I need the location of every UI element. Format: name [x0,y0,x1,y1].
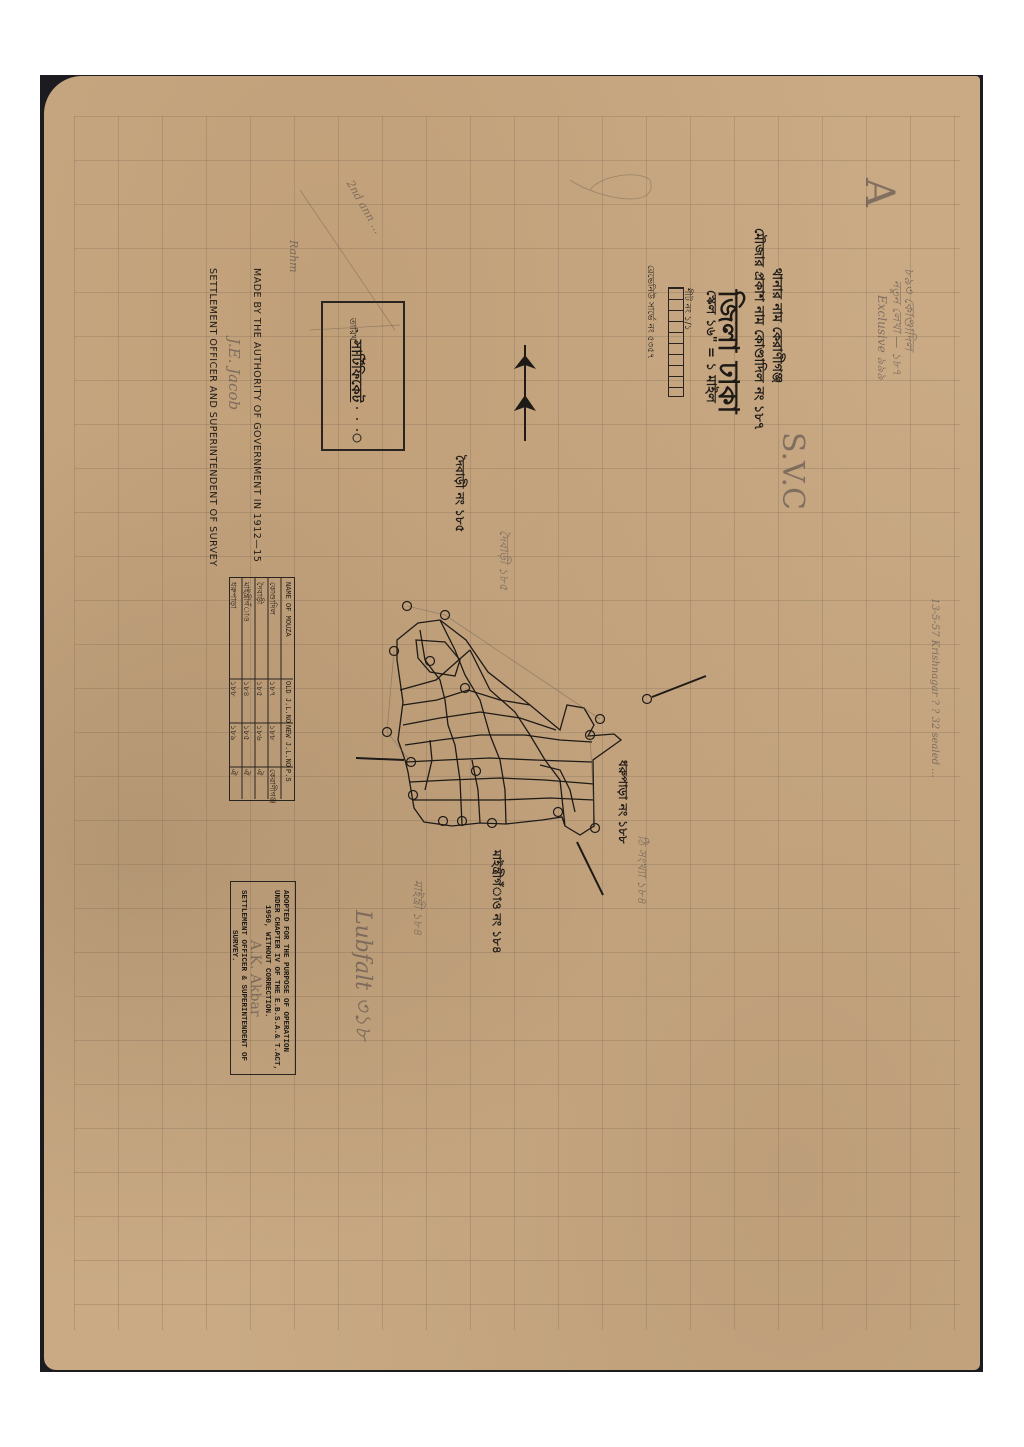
boundary-label-north: ধরুপাড়া নং ১৮৮ [611,760,631,844]
mouza-parcel-map [0,0,1024,1447]
boundary-label-west: দৈবাড়ী নং ১৮৫ [448,455,468,532]
boundary-label-south: মাইন্ত্রীগঁাও নং ১৮৪ [485,850,505,954]
